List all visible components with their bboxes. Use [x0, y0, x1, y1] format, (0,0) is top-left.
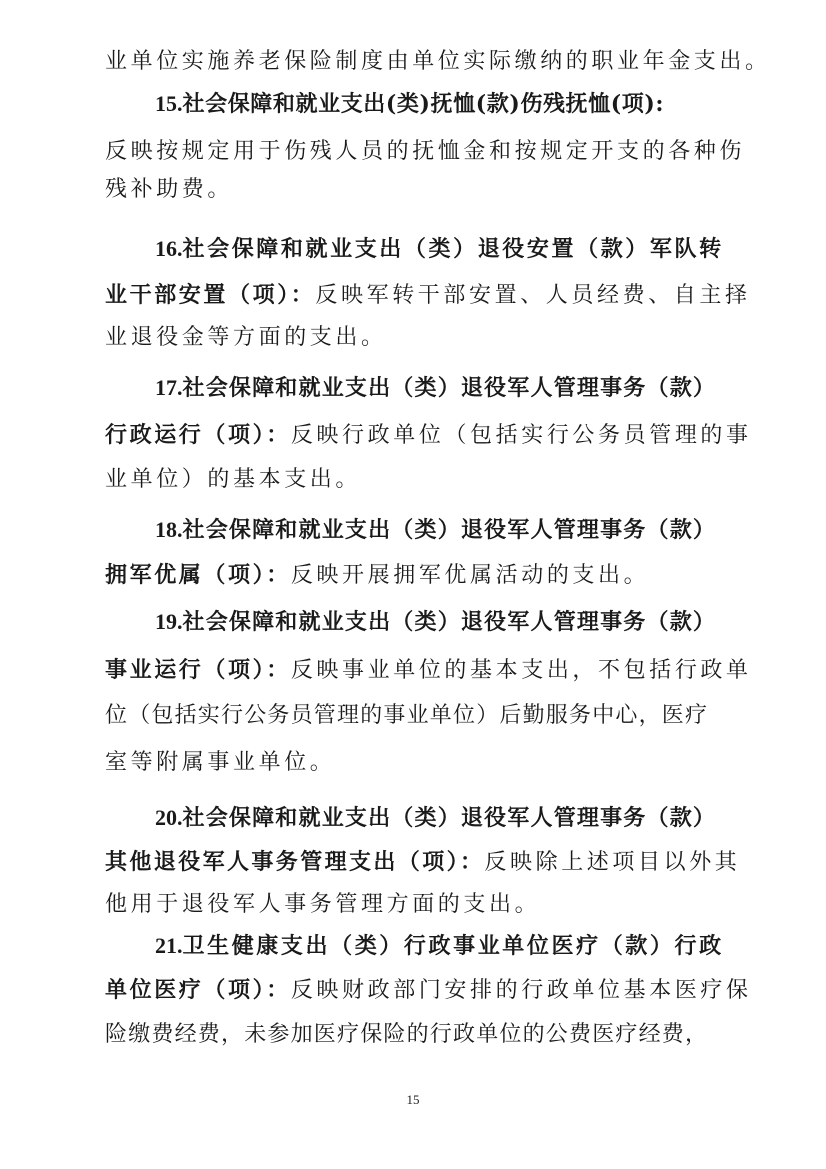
item-21-heading: 21.卫生健康支出（类）行政事业单位医疗（款）行政: [155, 933, 725, 960]
item-title: 社会保障和就业支出（类）退役军人管理事务（款）: [183, 517, 717, 543]
item-21-body: 单位医疗（项）：反映财政部门安排的行政单位基本医疗保: [105, 977, 725, 1004]
body-text: 残补助费。: [105, 177, 233, 202]
body-text: 反映事业单位的基本支出，不包括行政单: [291, 658, 752, 683]
paragraph-continuation: 业单位实施养老保险制度由单位实际缴纳的职业年金支出。: [105, 49, 725, 75]
body-text: 他用于退役军人事务管理方面的支出。: [105, 892, 540, 917]
item-title: 其他退役军人事务管理支出（项）：: [105, 849, 484, 875]
item-number: 17.: [155, 375, 183, 400]
item-18-heading: 18.社会保障和就业支出（类）退役军人管理事务（款）: [155, 517, 725, 544]
item-17-body: 行政运行（项）：反映行政单位（包括实行公务员管理的事: [105, 422, 725, 449]
item-title: 社会保障和就业支出（类）退役军人管理事务（款）: [183, 375, 717, 401]
item-17-body: 业单位）的基本支出。: [105, 467, 725, 493]
body-text: 室等附属事业单位。: [105, 750, 335, 775]
item-19-body: 事业运行（项）：反映事业单位的基本支出，不包括行政单: [105, 657, 725, 684]
item-15-body: 残补助费。: [105, 177, 725, 203]
item-number: 20.: [155, 805, 183, 830]
item-15-heading: 15.社会保障和就业支出(类)抚恤(款)伤残抚恤(项):: [155, 91, 725, 118]
body-text: 反映按规定用于伤残人员的抚恤金和按规定开支的各种伤: [105, 139, 745, 164]
item-20-body: 其他退役军人事务管理支出（项）：反映除上述项目以外其: [105, 849, 725, 876]
body-text: 反映行政单位（包括实行公务员管理的事: [291, 423, 752, 448]
page-number: 15: [0, 1092, 826, 1108]
item-title: 社会保障和就业支出（类）退役军人管理事务（款）: [183, 609, 717, 635]
item-20-heading: 20.社会保障和就业支出（类）退役军人管理事务（款）: [155, 805, 725, 832]
item-16-heading: 16.社会保障和就业支出（类）退役安置（款）军队转: [155, 236, 725, 263]
item-21-body: 险缴费经费，未参加医疗保险的行政单位的公费医疗经费，: [105, 1022, 725, 1048]
body-text: 险缴费经费，未参加医疗保险的行政单位的公费医疗经费，: [105, 1022, 708, 1047]
item-20-body: 他用于退役军人事务管理方面的支出。: [105, 892, 725, 918]
item-number: 19.: [155, 609, 183, 634]
item-title: 社会保障和就业支出（类）退役安置（款）军队转: [183, 236, 724, 262]
body-text: 业单位实施养老保险制度由单位实际缴纳的职业年金支出。: [105, 49, 771, 74]
item-16-body: 业干部安置（项）：反映军转干部安置、人员经费、自主择: [105, 282, 725, 309]
document-page: 业单位实施养老保险制度由单位实际缴纳的职业年金支出。 15.社会保障和就业支出(…: [0, 0, 826, 1169]
item-title: 卫生健康支出（类）行政事业单位医疗（款）行政: [183, 933, 724, 959]
item-title: 单位医疗（项）：: [105, 977, 291, 1003]
item-number: 18.: [155, 517, 183, 542]
body-text: 位（包括实行公务员管理的事业单位）后勤服务中心，医疗: [105, 703, 708, 728]
body-text: 反映军转干部安置、人员经费、自主择: [315, 283, 750, 308]
item-number: 21.: [155, 933, 183, 958]
item-15-body: 反映按规定用于伤残人员的抚恤金和按规定开支的各种伤: [105, 139, 725, 165]
item-19-body: 室等附属事业单位。: [105, 750, 725, 776]
body-text: 反映除上述项目以外其: [484, 850, 740, 875]
item-title: 拥军优属（项）：: [105, 562, 291, 588]
item-number: 15.: [155, 91, 183, 116]
item-number: 16.: [155, 236, 183, 261]
item-title: 社会保障和就业支出（类）退役军人管理事务（款）: [183, 805, 717, 831]
item-title: 业干部安置（项）：: [105, 282, 315, 308]
item-18-body: 拥军优属（项）：反映开展拥军优属活动的支出。: [105, 562, 725, 589]
item-title: 事业运行（项）：: [105, 657, 291, 683]
item-19-heading: 19.社会保障和就业支出（类）退役军人管理事务（款）: [155, 609, 725, 636]
body-text: 反映开展拥军优属活动的支出。: [291, 563, 649, 588]
item-17-heading: 17.社会保障和就业支出（类）退役军人管理事务（款）: [155, 375, 725, 402]
item-title: 社会保障和就业支出(类)抚恤(款)伤残抚恤(项):: [183, 91, 665, 117]
item-16-body: 业退役金等方面的支出。: [105, 325, 725, 351]
body-text: 业单位）的基本支出。: [105, 467, 361, 492]
body-text: 业退役金等方面的支出。: [105, 325, 387, 350]
item-19-body: 位（包括实行公务员管理的事业单位）后勤服务中心，医疗: [105, 703, 725, 729]
body-text: 反映财政部门安排的行政单位基本医疗保: [291, 978, 752, 1003]
item-title: 行政运行（项）：: [105, 422, 291, 448]
